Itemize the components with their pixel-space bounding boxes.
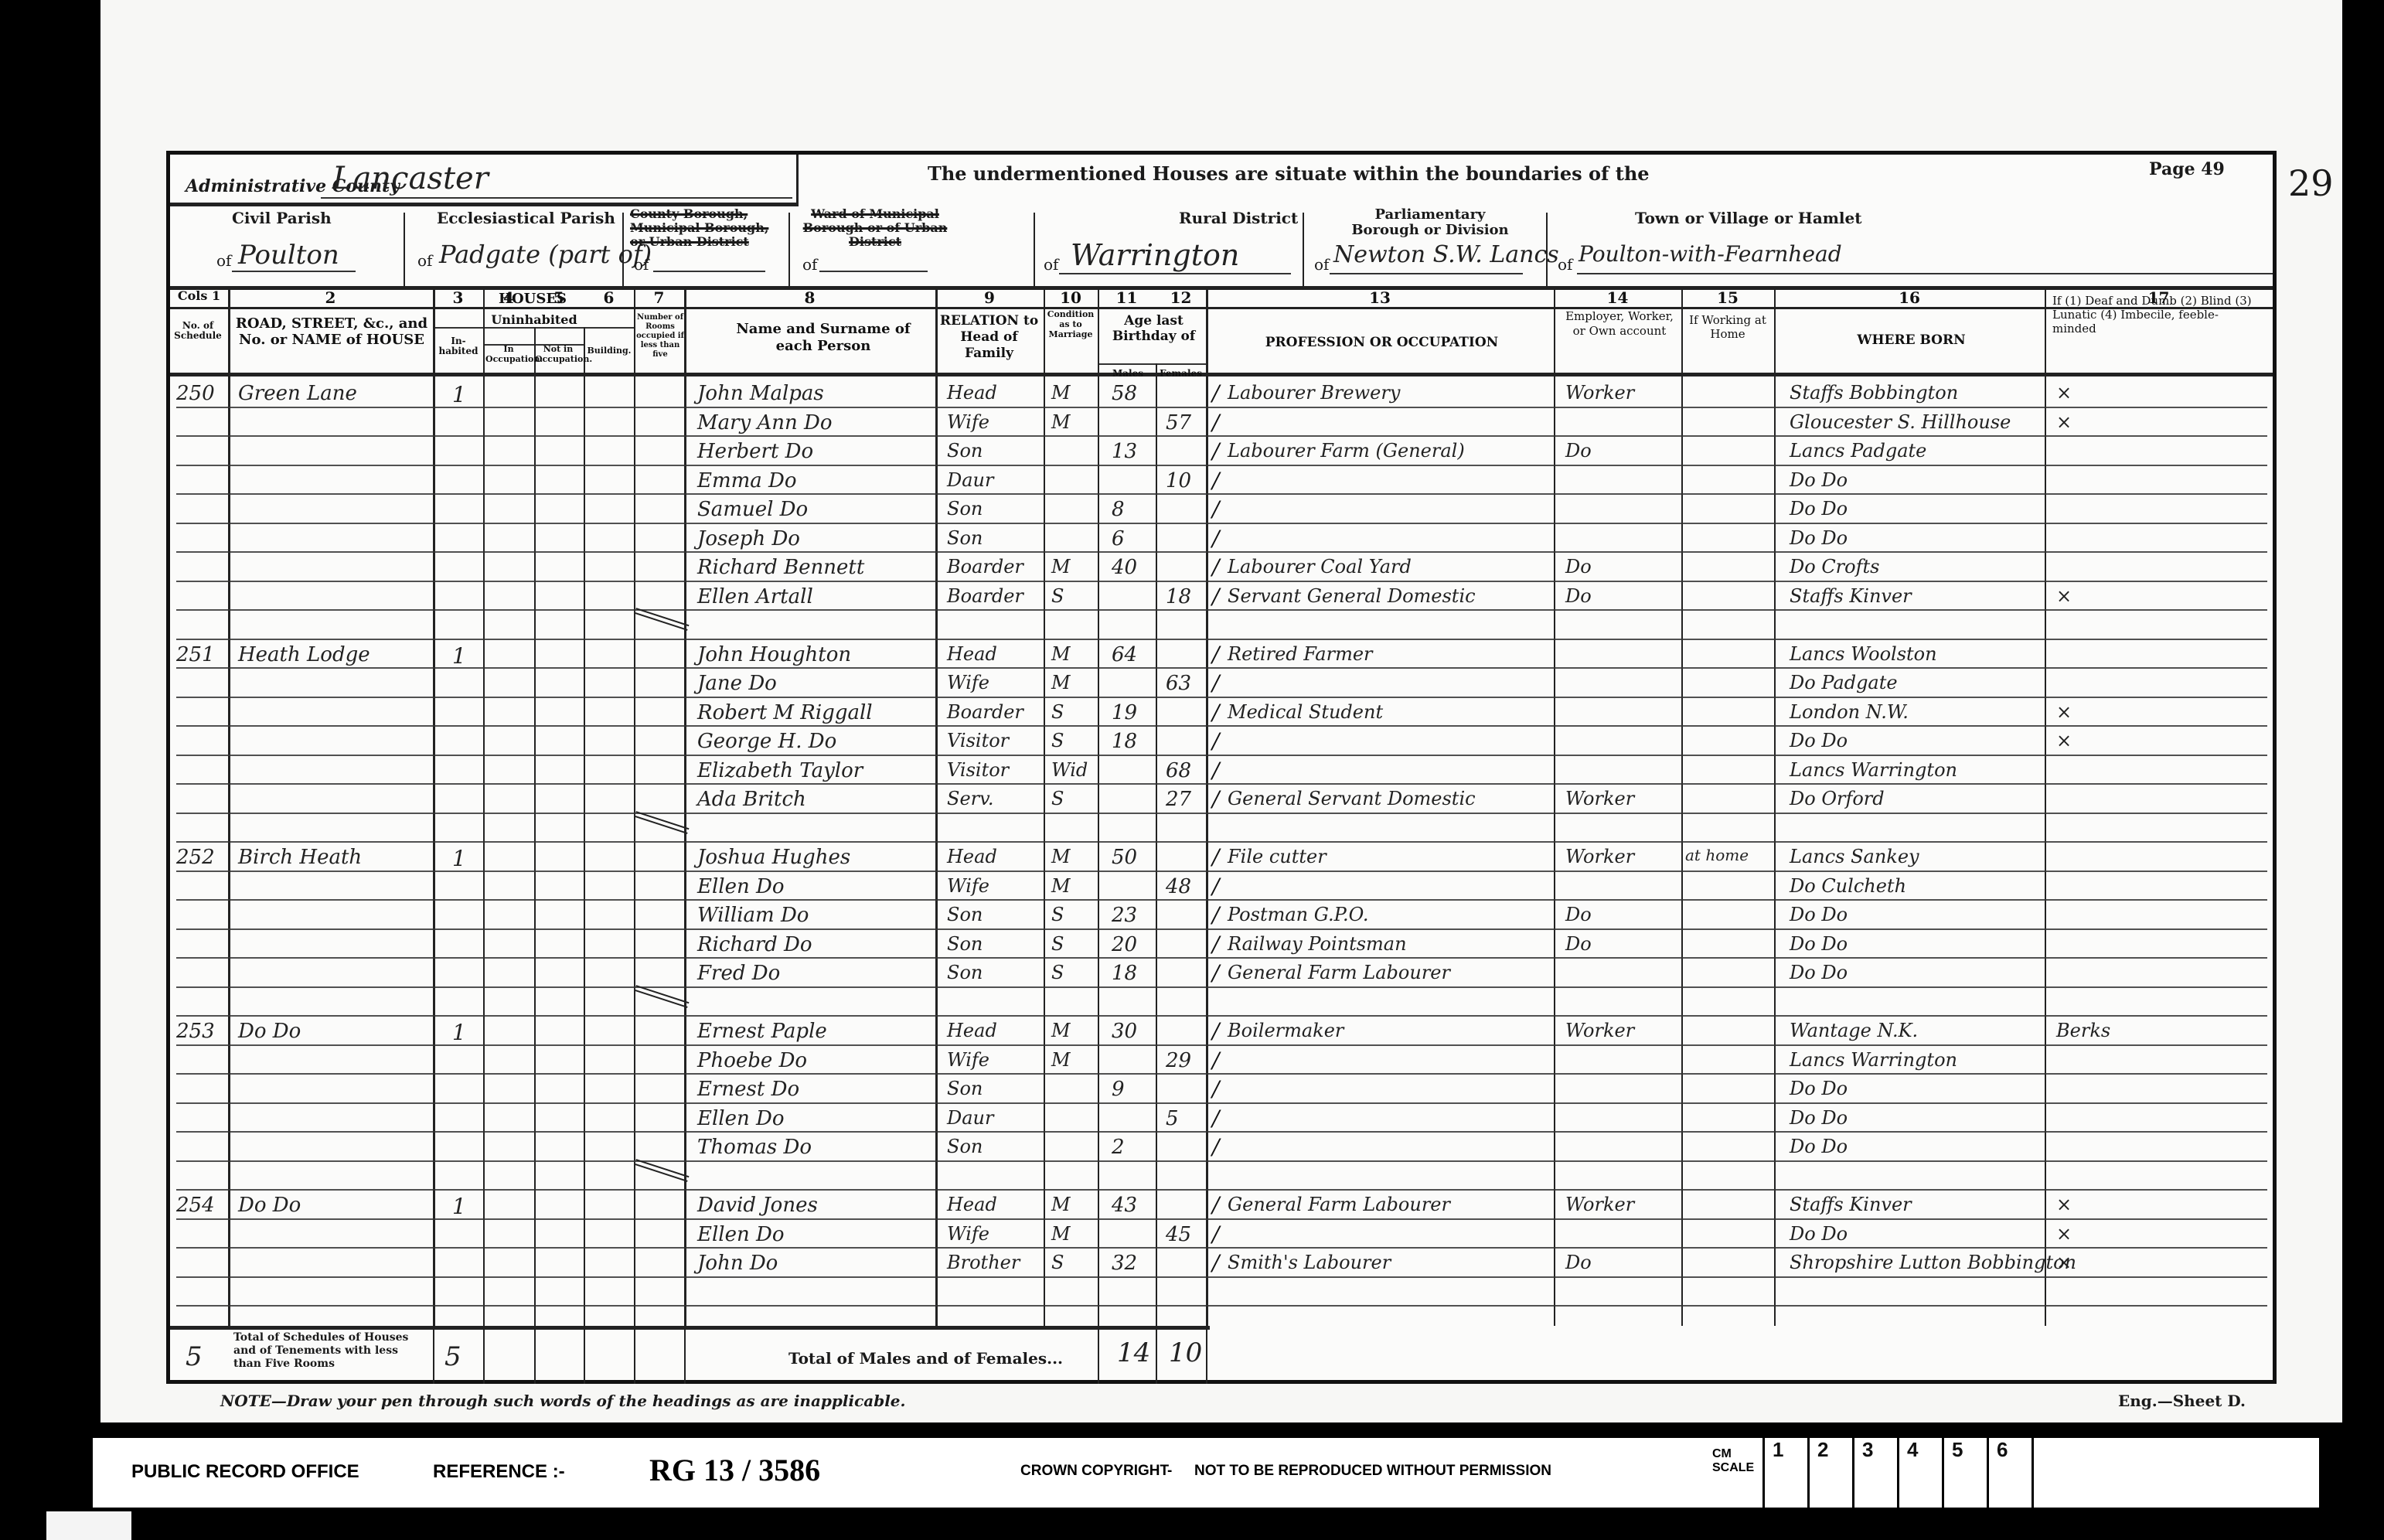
- address: Heath Lodge: [238, 643, 370, 666]
- schedule-number: 251: [176, 643, 215, 666]
- birthplace: Lancs Sankey: [1790, 846, 1919, 867]
- birthplace: Staffs Kinver: [1790, 1194, 1912, 1215]
- table-row: Thomas DoSon2Do Do/: [170, 1134, 2273, 1164]
- birthplace: Lancs Padgate: [1790, 440, 1926, 462]
- tick-mark: /: [1212, 1018, 1219, 1044]
- person-name: Herbert Do: [697, 440, 813, 463]
- note-text: NOTE—Draw your pen through such words of…: [220, 1392, 906, 1410]
- schedule-number: 253: [176, 1020, 215, 1043]
- marital-condition: M: [1051, 1049, 1071, 1071]
- table-row: Fred DoSonS18General Farm LabourerDo Do/: [170, 960, 2273, 990]
- age-male: 8: [1112, 498, 1125, 521]
- page-number: Page 49: [2149, 159, 2225, 179]
- marital-condition: M: [1051, 1194, 1071, 1215]
- age-female: 63: [1166, 672, 1191, 695]
- table-row: Phoebe DoWifeM29Lancs Warrington/: [170, 1048, 2273, 1077]
- header-uninhabited: Uninhabited: [485, 313, 584, 326]
- occupation: Medical Student: [1228, 701, 1383, 723]
- inhabited-count: 1: [452, 1020, 466, 1045]
- table-row: Richard BennettBoarderM40Labourer Coal Y…: [170, 554, 2273, 584]
- birthplace: Do Do: [1790, 527, 1848, 549]
- age-female: 57: [1166, 411, 1191, 434]
- infirmity: ×: [2056, 1223, 2072, 1245]
- infirmity: ×: [2056, 730, 2072, 751]
- age-female: 18: [1166, 585, 1191, 608]
- inhabited-count: 1: [452, 1194, 466, 1219]
- marital-condition: M: [1051, 672, 1071, 693]
- rule-line: [176, 841, 2267, 843]
- table-row: Joseph DoSon6Do Do/: [170, 526, 2273, 555]
- tick-mark: /: [1212, 1221, 1219, 1247]
- tick-mark: /: [1212, 380, 1219, 406]
- age-male: 64: [1112, 643, 1137, 666]
- person-name: Ada Britch: [697, 788, 806, 811]
- birthplace: Do Orford: [1790, 788, 1885, 809]
- rule-line: [176, 639, 2267, 640]
- employment-status: Worker: [1565, 1194, 1634, 1215]
- birthplace: Do Padgate: [1790, 672, 1898, 693]
- relation: Head: [947, 1020, 997, 1041]
- rule-line: [176, 1189, 2267, 1191]
- relation: Head: [947, 846, 997, 867]
- employment-status: Do: [1565, 904, 1592, 925]
- tick-mark: /: [1212, 1250, 1219, 1276]
- column-number: 10: [1040, 288, 1102, 307]
- tick-mark: /: [1212, 1106, 1219, 1131]
- table-row: 252Birch Heath1Joshua HughesHeadM50File …: [170, 844, 2273, 874]
- scale-mark: 6: [1987, 1438, 2032, 1508]
- district-rural-label: Rural District: [1179, 209, 1298, 227]
- address: Do Do: [238, 1194, 301, 1217]
- occupation: Labourer Brewery: [1228, 382, 1400, 404]
- occupation: Postman G.P.O.: [1228, 904, 1369, 925]
- age-male: 50: [1112, 846, 1137, 869]
- column-number: 16: [1878, 288, 1940, 307]
- tick-mark: /: [1212, 758, 1219, 783]
- header-houses: HOUSES: [433, 292, 632, 305]
- tick-mark: /: [1212, 468, 1219, 493]
- birthplace: Shropshire Lutton Bobbington: [1790, 1252, 2076, 1273]
- relation: Son: [947, 1136, 983, 1157]
- infirmity: ×: [2056, 1194, 2072, 1215]
- inhabited-count: 1: [452, 846, 466, 871]
- intro-text: The undermentioned Houses are situate wi…: [928, 162, 1650, 185]
- birthplace: Lancs Warrington: [1790, 759, 1957, 781]
- table-row: Jane DoWifeM63Do Padgate/: [170, 670, 2273, 700]
- tick-mark: /: [1212, 786, 1219, 812]
- marital-condition: Wid: [1051, 759, 1088, 781]
- person-name: Emma Do: [697, 469, 797, 492]
- tick-mark: /: [1212, 1076, 1219, 1102]
- address: Birch Heath: [238, 846, 362, 869]
- header-employer: Employer, Worker, or Own account: [1558, 309, 1681, 339]
- birthplace: Do Do: [1790, 1107, 1848, 1129]
- header-road-street: ROAD, STREET, &c., and No. or NAME of HO…: [230, 315, 433, 348]
- occupation: General Servant Domestic: [1228, 788, 1476, 809]
- table-row: Ernest DoSon9Do Do/: [170, 1076, 2273, 1106]
- relation: Wife: [947, 875, 989, 897]
- footer-office: PUBLIC RECORD OFFICE: [131, 1461, 359, 1483]
- table-row: 250Green Lane1John MalpasHeadM58Labourer…: [170, 380, 2273, 410]
- tick-mark: /: [1212, 902, 1219, 928]
- header-not-in-occupation: Not in Occupation.: [535, 344, 581, 364]
- occupation: Smith's Labourer: [1228, 1252, 1391, 1273]
- relation: Wife: [947, 411, 989, 433]
- age-male: 9: [1112, 1078, 1125, 1101]
- schedule-number: 252: [176, 846, 215, 869]
- marital-condition: S: [1051, 933, 1064, 955]
- column-number: 2: [300, 288, 362, 307]
- marital-condition: S: [1051, 701, 1064, 723]
- footer-permission: NOT TO BE REPRODUCED WITHOUT PERMISSION: [1194, 1463, 1551, 1480]
- marital-condition: S: [1051, 904, 1064, 925]
- tick-mark: /: [1212, 932, 1219, 957]
- district-ward-label: Ward of Municipal Borough or of Urban Di…: [798, 207, 952, 249]
- district-parliamentary-value: Newton S.W. Lancs: [1333, 241, 1559, 268]
- age-female: 10: [1166, 469, 1191, 492]
- relation: Boarder: [947, 585, 1023, 607]
- relation: Boarder: [947, 701, 1023, 723]
- occupation: Servant General Domestic: [1228, 585, 1476, 607]
- employment-status: Worker: [1565, 382, 1634, 404]
- census-form: Administrative County Lancaster The unde…: [166, 151, 2277, 1384]
- column-number: 8: [779, 288, 841, 307]
- marital-condition: S: [1051, 1252, 1064, 1273]
- table-row: 254Do Do1David JonesHeadM43General Farm …: [170, 1192, 2273, 1221]
- occupation: General Farm Labourer: [1228, 962, 1450, 983]
- address: Green Lane: [238, 382, 357, 405]
- table-row: Ada BritchServ.S27General Servant Domest…: [170, 786, 2273, 816]
- footer-scale-label: CM SCALE: [1712, 1447, 1751, 1475]
- marital-condition: M: [1051, 556, 1071, 577]
- employment-status: Worker: [1565, 1020, 1634, 1041]
- table-row: Ellen DoWifeM45Do Do×/: [170, 1221, 2273, 1251]
- footer-copyright: CROWN COPYRIGHT: [1020, 1463, 1169, 1480]
- table-row: Ellen DoDaur5Do Do/: [170, 1106, 2273, 1135]
- tick-mark: /: [1212, 1192, 1219, 1218]
- employment-status: Do: [1565, 556, 1592, 577]
- infirmity: ×: [2056, 411, 2072, 433]
- marital-condition: M: [1051, 846, 1071, 867]
- employment-status: Do: [1565, 1252, 1592, 1273]
- marital-condition: M: [1051, 643, 1071, 665]
- tick-mark: /: [1212, 728, 1219, 754]
- scale-mark: 4: [1897, 1438, 1942, 1508]
- occupation: Railway Pointsman: [1228, 933, 1407, 955]
- inhabited-count: 1: [452, 643, 466, 669]
- age-female: 68: [1166, 759, 1191, 782]
- occupation: Labourer Farm (General): [1228, 440, 1465, 462]
- relation: Head: [947, 382, 997, 404]
- table-row: Ellen ArtallBoarderS18Servant General Do…: [170, 584, 2273, 613]
- infirmity: Berks: [2056, 1020, 2110, 1041]
- birthplace: Gloucester S. Hillhouse: [1790, 411, 2011, 433]
- person-name: John Houghton: [697, 643, 851, 666]
- marital-condition: M: [1051, 1223, 1071, 1245]
- person-name: Mary Ann Do: [697, 411, 833, 434]
- birthplace: London N.W.: [1790, 701, 1909, 723]
- district-eccl-parish-label: Ecclesiastical Parish: [437, 209, 615, 227]
- scale-mark: 2: [1807, 1438, 1852, 1508]
- district-borough-label: County Borough, Municipal Borough, or Ur…: [630, 207, 781, 249]
- folio-number: 29: [2288, 162, 2334, 204]
- birthplace: Staffs Bobbington: [1790, 382, 1958, 404]
- header-relation: RELATION to Head of Family: [937, 313, 1041, 362]
- district-village-label: Town or Village or Hamlet: [1635, 209, 1862, 227]
- birthplace: Lancs Warrington: [1790, 1049, 1957, 1071]
- occupation: File cutter: [1228, 846, 1327, 867]
- total-persons-label: Total of Males and of Females...: [788, 1349, 1063, 1368]
- employment-status: Worker: [1565, 846, 1634, 867]
- birthplace: Do Do: [1790, 1078, 1848, 1099]
- district-civil-parish-value: Poulton: [238, 240, 339, 271]
- person-name: Ernest Paple: [697, 1020, 827, 1043]
- person-name: Elizabeth Taylor: [697, 759, 863, 782]
- tick-mark: /: [1212, 584, 1219, 609]
- birthplace: Do Do: [1790, 469, 1848, 491]
- birthplace: Do Do: [1790, 1223, 1848, 1245]
- person-name: Ellen Do: [697, 875, 785, 898]
- column-number: Cols 1: [169, 288, 230, 303]
- schedule-number: 250: [176, 382, 215, 405]
- tick-mark: /: [1212, 1134, 1219, 1160]
- age-female: 27: [1166, 788, 1191, 811]
- birthplace: Do Do: [1790, 962, 1848, 983]
- relation: Serv.: [947, 788, 993, 809]
- relation: Visitor: [947, 759, 1009, 781]
- district-rural-value: Warrington: [1071, 238, 1239, 272]
- employment-status: Do: [1565, 440, 1592, 462]
- infirmity: ×: [2056, 585, 2072, 607]
- birthplace: Do Do: [1790, 730, 1848, 751]
- tick-mark: /: [1212, 526, 1219, 551]
- occupation: Boilermaker: [1228, 1020, 1344, 1041]
- admin-county-value: Lancaster: [332, 161, 489, 196]
- column-number: 12: [1150, 288, 1212, 307]
- person-name: John Do: [697, 1252, 778, 1275]
- district-village-value: Poulton-with-Fearnhead: [1579, 241, 1842, 267]
- table-row: Mary Ann DoWifeM57Gloucester S. Hillhous…: [170, 410, 2273, 439]
- age-male: 19: [1112, 701, 1137, 724]
- table-row: Ellen DoWifeM48Do Culcheth/: [170, 874, 2273, 903]
- age-male: 18: [1112, 730, 1137, 753]
- working-at-home: at home: [1685, 846, 1749, 864]
- scale-mark: 1: [1762, 1438, 1807, 1508]
- rule-line: [176, 1305, 2267, 1307]
- tick-mark: /: [1212, 438, 1219, 464]
- tick-mark: /: [1212, 874, 1219, 899]
- age-male: 40: [1112, 556, 1137, 579]
- footer-reference-value: RG 13 / 3586: [649, 1452, 820, 1488]
- header-name: Name and Surname of each Person: [727, 321, 920, 355]
- relation: Son: [947, 962, 983, 983]
- employment-status: Worker: [1565, 788, 1634, 809]
- table-row: Emma DoDaur10Do Do/: [170, 468, 2273, 497]
- relation: Daur: [947, 1107, 993, 1129]
- marital-condition: M: [1051, 875, 1071, 897]
- marital-condition: S: [1051, 788, 1064, 809]
- scale-mark: 5: [1942, 1438, 1987, 1508]
- scan-artifact: [46, 1511, 131, 1540]
- person-name: Fred Do: [697, 962, 780, 985]
- scale-mark: 3: [1852, 1438, 1897, 1508]
- age-male: 58: [1112, 382, 1137, 405]
- relation: Son: [947, 498, 983, 520]
- birthplace: Do Culcheth: [1790, 875, 1906, 897]
- tick-mark: /: [1212, 844, 1219, 870]
- age-male: 32: [1112, 1252, 1137, 1275]
- marital-condition: S: [1051, 730, 1064, 751]
- relation: Son: [947, 933, 983, 955]
- column-number: 13: [1349, 288, 1411, 307]
- marital-condition: M: [1051, 411, 1071, 433]
- relation: Head: [947, 643, 997, 665]
- total-schedules-label: Total of Schedules of Houses and of Tene…: [233, 1331, 427, 1371]
- relation: Daur: [947, 469, 993, 491]
- table-row: 251Heath Lodge1John HoughtonHeadM64Retir…: [170, 642, 2273, 671]
- schedule-number: 254: [176, 1194, 215, 1217]
- relation: Wife: [947, 1049, 989, 1071]
- age-male: 30: [1112, 1020, 1137, 1043]
- occupation: Labourer Coal Yard: [1228, 556, 1412, 577]
- header-age: Age last Birthday of: [1102, 313, 1206, 344]
- person-name: Phoebe Do: [697, 1049, 807, 1072]
- relation: Brother: [947, 1252, 1020, 1273]
- table-row: 253Do Do1Ernest PapleHeadM30BoilermakerW…: [170, 1018, 2273, 1048]
- age-male: 13: [1112, 440, 1137, 463]
- column-number: 11: [1096, 288, 1158, 307]
- birthplace: Do Do: [1790, 1136, 1848, 1157]
- district-eccl-parish-value: Padgate (part of): [439, 240, 652, 269]
- occupation: Retired Farmer: [1228, 643, 1373, 665]
- marital-condition: S: [1051, 962, 1064, 983]
- inhabited-count: 1: [452, 382, 466, 407]
- infirmity: ×: [2056, 382, 2072, 404]
- person-name: Jane Do: [697, 672, 777, 695]
- header-age-females: Females: [1156, 367, 1206, 380]
- employment-status: Do: [1565, 585, 1592, 607]
- table-row: Herbert DoSon13Labourer Farm (General)Do…: [170, 438, 2273, 468]
- tick-mark: /: [1212, 554, 1219, 580]
- header-occupation: PROFESSION OR OCCUPATION: [1210, 336, 1554, 349]
- birthplace: Do Do: [1790, 904, 1848, 925]
- marital-condition: M: [1051, 382, 1071, 404]
- relation: Head: [947, 1194, 997, 1215]
- birthplace: Wantage N.K.: [1790, 1020, 1918, 1041]
- header-in-occupation: In Occupation.: [485, 344, 532, 364]
- district-parliamentary-label: Parliamentary Borough or Division: [1345, 207, 1515, 238]
- relation: Son: [947, 440, 983, 462]
- tick-mark: /: [1212, 642, 1219, 667]
- footer-reference-label: REFERENCE :-: [433, 1461, 565, 1483]
- infirmity: ×: [2056, 701, 2072, 723]
- district-civil-parish-label: Civil Parish: [232, 209, 332, 227]
- occupation: General Farm Labourer: [1228, 1194, 1450, 1215]
- tick-mark: /: [1212, 700, 1219, 725]
- relation: Boarder: [947, 556, 1023, 577]
- age-male: 23: [1112, 904, 1137, 927]
- relation: Son: [947, 1078, 983, 1099]
- person-name: David Jones: [697, 1194, 818, 1217]
- person-name: Richard Bennett: [697, 556, 864, 579]
- header-rooms: Number of Rooms occupied if less than fi…: [636, 313, 684, 359]
- address: Do Do: [238, 1020, 301, 1043]
- tick-mark: /: [1212, 496, 1219, 522]
- age-female: 5: [1166, 1107, 1179, 1130]
- age-female: 29: [1166, 1049, 1191, 1072]
- age-male: 43: [1112, 1194, 1137, 1217]
- total-females: 10: [1169, 1337, 1202, 1368]
- table-row: John DoBrotherS32Smith's LabourerDoShrop…: [170, 1250, 2273, 1279]
- person-name: Joseph Do: [697, 527, 800, 550]
- birthplace: Staffs Kinver: [1790, 585, 1912, 607]
- total-males: 14: [1117, 1337, 1150, 1368]
- table-row: Robert M RiggallBoarderS19Medical Studen…: [170, 700, 2273, 729]
- header-schedule-no: No. of Schedule: [170, 321, 226, 341]
- person-name: Joshua Hughes: [697, 846, 850, 869]
- header-building: Building.: [585, 344, 633, 357]
- sheet-id: Eng.—Sheet D.: [2118, 1392, 2246, 1410]
- header-at-home: If Working at Home: [1685, 313, 1770, 341]
- column-number: 9: [959, 288, 1020, 307]
- person-name: Samuel Do: [697, 498, 808, 521]
- relation: Wife: [947, 672, 989, 693]
- table-row: George H. DoVisitorS18Do Do×/: [170, 728, 2273, 758]
- age-female: 48: [1166, 875, 1191, 898]
- person-name: William Do: [697, 904, 809, 927]
- birthplace: Do Do: [1790, 498, 1848, 520]
- person-name: Ernest Do: [697, 1078, 799, 1101]
- table-row: William DoSonS23Postman G.P.O.DoDo Do/: [170, 902, 2273, 932]
- table-row: Richard DoSonS20Railway PointsmanDoDo Do…: [170, 932, 2273, 961]
- rule-line: [176, 1015, 2267, 1017]
- age-male: 20: [1112, 933, 1137, 956]
- header-age-males: Males: [1102, 367, 1154, 380]
- header-where-born: WHERE BORN: [1778, 334, 2045, 347]
- person-name: George H. Do: [697, 730, 836, 753]
- column-number: 7: [628, 288, 690, 307]
- column-number: 15: [1697, 288, 1759, 307]
- person-name: Thomas Do: [697, 1136, 812, 1159]
- birthplace: Do Do: [1790, 933, 1848, 955]
- header-infirmity: If (1) Deaf and Dumb (2) Blind (3) Lunat…: [2052, 294, 2261, 336]
- age-male: 18: [1112, 962, 1137, 985]
- marital-condition: S: [1051, 585, 1064, 607]
- tick-mark: /: [1212, 410, 1219, 435]
- archive-footer: PUBLIC RECORD OFFICE REFERENCE :- RG 13 …: [93, 1430, 2319, 1515]
- total-schedules: 5: [186, 1341, 203, 1372]
- person-name: Richard Do: [697, 933, 812, 956]
- tick-mark: /: [1212, 1048, 1219, 1073]
- table-row: Samuel DoSon8Do Do/: [170, 496, 2273, 526]
- employment-status: Do: [1565, 933, 1592, 955]
- tick-mark: /: [1212, 670, 1219, 696]
- relation: Wife: [947, 1223, 989, 1245]
- tick-mark: /: [1212, 960, 1219, 986]
- age-male: 6: [1112, 527, 1125, 550]
- birthplace: Do Crofts: [1790, 556, 1879, 577]
- table-row: Elizabeth TaylorVisitorWid68Lancs Warrin…: [170, 758, 2273, 787]
- relation: Son: [947, 527, 983, 549]
- age-male: 2: [1112, 1136, 1125, 1159]
- column-number: 14: [1587, 288, 1649, 307]
- person-name: Robert M Riggall: [697, 701, 873, 724]
- footer-separator: -: [1167, 1463, 1172, 1480]
- person-name: Ellen Artall: [697, 585, 813, 608]
- person-name: John Malpas: [697, 382, 824, 405]
- person-name: Ellen Do: [697, 1107, 785, 1130]
- scan-border-left: [0, 0, 100, 1540]
